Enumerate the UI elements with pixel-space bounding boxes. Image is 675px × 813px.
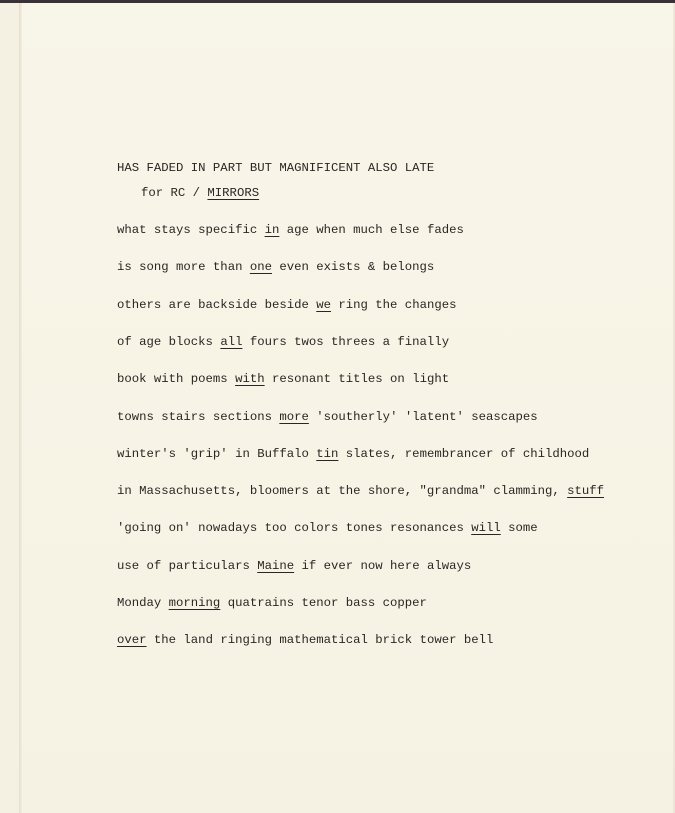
underlined-word: morning (169, 596, 221, 610)
poem-line: 'going on' nowadays too colors tones res… (117, 521, 538, 535)
line-text: what stays specific (117, 223, 265, 237)
poem-line: use of particulars Maine if ever now her… (117, 559, 471, 573)
line-text: Monday (117, 596, 169, 610)
poem-line: Monday morning quatrains tenor bass copp… (117, 596, 427, 610)
line-text: age when much else fades (279, 223, 463, 237)
line-text: others are backside beside (117, 298, 316, 312)
line-text: of age blocks (117, 335, 220, 349)
underlined-word: one (250, 260, 272, 274)
poem-line: over the land ringing mathematical brick… (117, 633, 493, 647)
line-text: even exists & belongs (272, 260, 434, 274)
poem-line: is song more than one even exists & belo… (117, 260, 434, 274)
poem-line: winter's 'grip' in Buffalo tin slates, r… (117, 447, 589, 461)
underlined-word: more (279, 410, 309, 424)
line-text: resonant titles on light (265, 372, 449, 386)
line-text: towns stairs sections (117, 410, 279, 424)
underlined-word: with (235, 372, 265, 386)
line-text: book with poems (117, 372, 235, 386)
line-text: in Massachusetts, bloomers at the shore,… (117, 484, 567, 498)
page-left-margin (0, 3, 20, 813)
poem-line: of age blocks all fours twos threes a fi… (117, 335, 449, 349)
underlined-word: all (220, 335, 242, 349)
underlined-word: over (117, 633, 147, 647)
poem-line: book with poems with resonant titles on … (117, 372, 449, 386)
underlined-word: we (316, 298, 331, 312)
dedication-underlined: MIRRORS (207, 186, 259, 200)
underlined-word: will (471, 521, 501, 535)
line-text: 'going on' nowadays too colors tones res… (117, 521, 471, 535)
line-text: quatrains tenor bass copper (220, 596, 427, 610)
line-text: slates, remembrancer of childhood (338, 447, 589, 461)
poem-dedication: for RC / MIRRORS (141, 186, 259, 200)
line-text: winter's 'grip' in Buffalo (117, 447, 316, 461)
underlined-word: Maine (257, 559, 294, 573)
poem-line: what stays specific in age when much els… (117, 223, 464, 237)
line-text: 'southerly' 'latent' seascapes (309, 410, 538, 424)
paper-page (22, 3, 673, 813)
poem-line: others are backside beside we ring the c… (117, 298, 456, 312)
underlined-word: tin (316, 447, 338, 461)
dedication-prefix: for RC / (141, 186, 207, 200)
line-text: fours twos threes a finally (242, 335, 449, 349)
line-text: ring the changes (331, 298, 456, 312)
line-text: is song more than (117, 260, 250, 274)
poem-line: towns stairs sections more 'southerly' '… (117, 410, 538, 424)
line-text: use of particulars (117, 559, 257, 573)
line-text: the land ringing mathematical brick towe… (147, 633, 494, 647)
poem-line: in Massachusetts, bloomers at the shore,… (117, 484, 604, 498)
underlined-word: stuff (567, 484, 604, 498)
line-text: if ever now here always (294, 559, 471, 573)
line-text: some (501, 521, 538, 535)
poem-title: HAS FADED IN PART BUT MAGNIFICENT ALSO L… (117, 161, 434, 175)
underlined-word: in (265, 223, 280, 237)
